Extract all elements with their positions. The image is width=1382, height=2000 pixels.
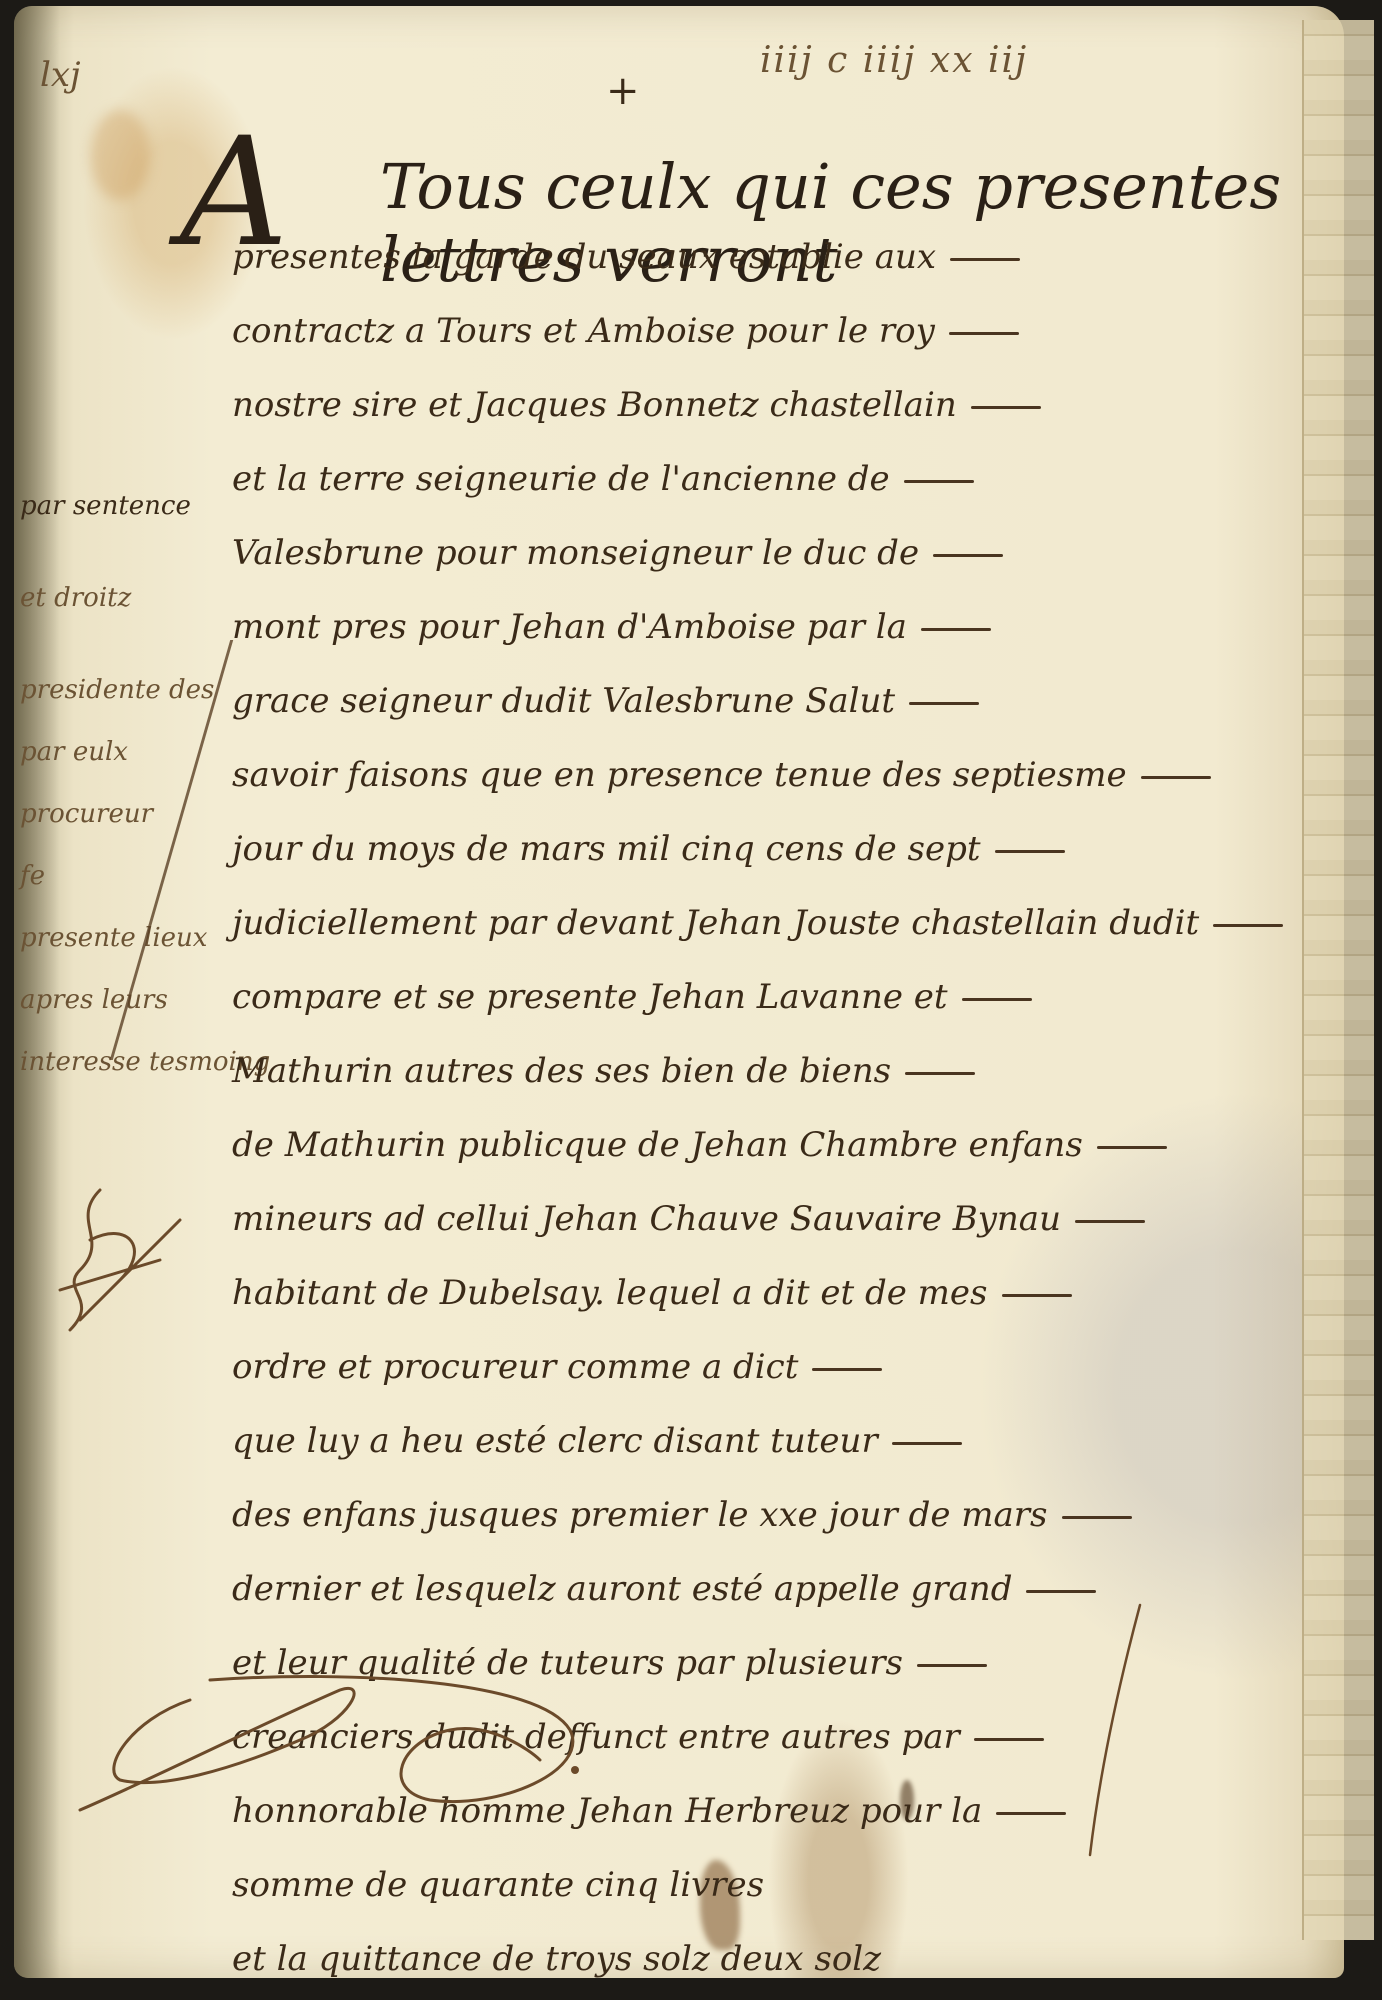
text-line: mont pres pour Jehan d'Amboise par la [232, 590, 1292, 664]
text-line: que luy a heu esté clerc disant tuteur [232, 1404, 1292, 1478]
text-line: savoir faisons que en presence tenue des… [232, 738, 1292, 812]
text-line: mineurs ad cellui Jehan Chauve Sauvaire … [232, 1182, 1292, 1256]
text-line: grace seigneur dudit Valesbrune Salut [232, 664, 1292, 738]
margin-note: fe [20, 845, 220, 907]
cross-mark: + [606, 68, 640, 114]
long-descender-stroke-icon [1080, 1600, 1160, 1860]
text-line: presentes la garde du seaux establie aux [232, 220, 1292, 294]
text-line: Mathurin autres des ses bien de biens [232, 1034, 1292, 1108]
text-line: et la quittance de troys solz deux solz [232, 1922, 1292, 1996]
text-line: des enfans jusques premier le xxe jour d… [232, 1478, 1292, 1552]
notary-signature-flourish-icon [70, 1660, 610, 1830]
margin-note: par sentence [20, 475, 220, 537]
foxing-stain [90, 110, 150, 200]
margin-note: procureur [20, 783, 220, 845]
page-edges [1302, 20, 1374, 1940]
margin-note: interesse tesmoing [20, 1031, 220, 1093]
text-line: ordre et procureur comme a dict [232, 1330, 1292, 1404]
text-line: jour du moys de mars mil cinq cens de se… [232, 812, 1292, 886]
text-line: nostre sire et Jacques Bonnetz chastella… [232, 368, 1292, 442]
text-line: compare et se presente Jehan Lavanne et [232, 960, 1292, 1034]
text-line: de Mathurin publicque de Jehan Chambre e… [232, 1108, 1292, 1182]
margin-note: et droitz [20, 567, 220, 629]
text-line: judiciellement par devant Jehan Jouste c… [232, 886, 1292, 960]
page-numeral: iiij c iiij xx iij [760, 40, 1028, 81]
marginal-paraph-icon [40, 1180, 200, 1360]
manuscript-scan: lxj + iiij c iiij xx iij A Tous ceulx qu… [0, 0, 1382, 2000]
text-line: Valesbrune pour monseigneur le duc de [232, 516, 1292, 590]
text-line: et la terre seigneurie de l'ancienne de [232, 442, 1292, 516]
folio-number: lxj [40, 55, 81, 95]
text-line: contractz a Tours et Amboise pour le roy [232, 294, 1292, 368]
text-line: habitant de Dubelsay. lequel a dit et de… [232, 1256, 1292, 1330]
